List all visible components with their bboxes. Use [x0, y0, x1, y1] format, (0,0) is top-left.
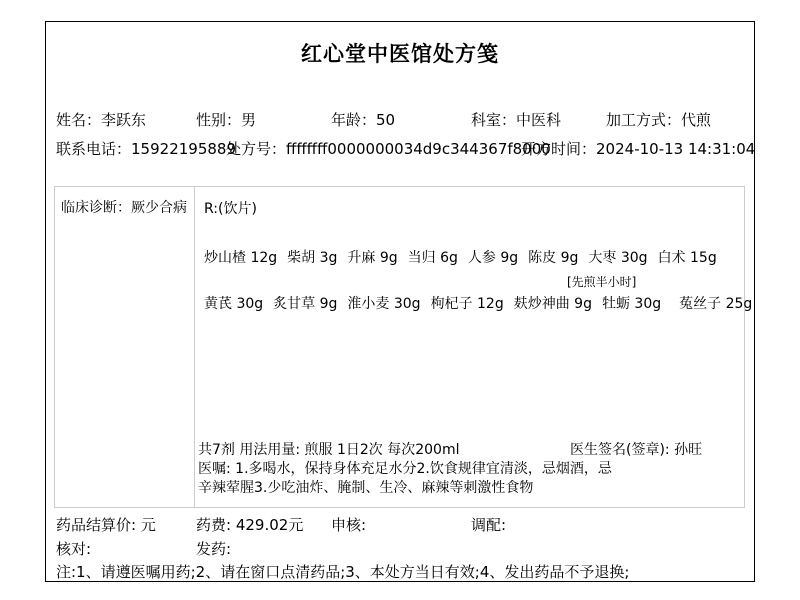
medical-advice-line-2: 辛辣荤腥3.少吃油炸、腌制、生冷、麻辣等刺激性食物	[198, 477, 533, 497]
herb-item: 大枣 30g	[588, 250, 647, 266]
doctor-signature-label: 医生签名(签章):	[570, 442, 674, 458]
herb-item: 菟丝子 25g	[679, 296, 752, 312]
decoction-annotation: [先煎半小时]	[567, 273, 636, 290]
field-medicine-fee: 药费: 429.02元	[196, 514, 303, 535]
dosage-line: 共7剂 用法用量: 煎服 1日2次 每次200ml	[198, 439, 460, 459]
medical-advice-line-1: 医嘱: 1.多喝水，保持身体充足水分2.饮食规律宜清淡，忌烟酒，忌	[198, 458, 612, 478]
patient-name-label: 姓名：	[56, 111, 101, 129]
herb-item: 白术 15g	[658, 250, 717, 266]
field-processing-method: 加工方式：代煎	[606, 109, 711, 130]
field-issue-medicine: 发药:	[196, 538, 231, 559]
herb-item: 黄芪 30g	[204, 296, 263, 312]
settle-price-value: 元	[141, 516, 156, 534]
herb-item: 炙甘草 9g	[273, 296, 337, 312]
field-dispense: 调配:	[471, 514, 506, 535]
medicine-fee-label: 药费:	[196, 516, 231, 534]
page-title: 红心堂中医馆处方笺	[46, 38, 754, 68]
herb-item: 升麻 9g	[347, 250, 397, 266]
diagnosis-cell: 临床诊断：厥少合病	[55, 187, 195, 507]
diagnosis-value: 厥少合病	[131, 200, 187, 216]
check-label: 核对:	[56, 540, 91, 558]
dispense-label: 调配:	[471, 516, 506, 534]
herb-item: 炒山楂 12g	[204, 250, 277, 266]
field-issue-time: 开方时间：2024-10-13 14:31:04	[521, 138, 755, 159]
herbs-line-1: 炒山楂 12g柴胡 3g升麻 9g当归 6g人参 9g陈皮 9g大枣 30g白术…	[204, 247, 727, 267]
phone-label: 联系电话：	[56, 140, 131, 158]
doctor-signature: 医生签名(签章): 孙旺	[570, 439, 702, 459]
processing-label: 加工方式：	[606, 111, 681, 129]
gender-value: 男	[241, 111, 256, 129]
processing-value: 代煎	[681, 111, 711, 129]
field-patient-name: 姓名：李跃东	[56, 109, 146, 130]
herb-item: 当归 6g	[408, 250, 458, 266]
age-value: 50	[376, 111, 395, 129]
diagnosis-label: 临床诊断：	[61, 200, 131, 216]
herb-item: 淮小麦 30g	[347, 296, 420, 312]
herbs-line-2: 黄芪 30g炙甘草 9g淮小麦 30g枸杞子 12g麸炒神曲 9g牡蛎 30g菟…	[204, 293, 762, 313]
rp-header: R:(饮片)	[204, 198, 257, 218]
rx-number-label: 处方号：	[226, 140, 286, 158]
footer-note: 注:1、请遵医嘱用药;2、请在窗口点清药品;3、本处方当日有效;4、发出药品不予…	[56, 561, 629, 582]
gender-label: 性别：	[196, 111, 241, 129]
department-value: 中医科	[516, 111, 561, 129]
herb-item: 柴胡 3g	[287, 250, 337, 266]
field-age: 年龄：50	[331, 109, 395, 130]
rx-number-value: ffffffff0000000034d9c344367f8000	[286, 140, 551, 158]
field-check: 核对:	[56, 538, 91, 559]
patient-name-value: 李跃东	[101, 111, 146, 129]
herb-item: 陈皮 9g	[528, 250, 578, 266]
phone-value: 15922195889	[131, 140, 236, 158]
issue-time-label: 开方时间：	[521, 140, 596, 158]
field-phone: 联系电话：15922195889	[56, 138, 236, 159]
age-label: 年龄：	[331, 111, 376, 129]
herb-item: 枸杞子 12g	[431, 296, 504, 312]
medicine-fee-value: 429.02元	[236, 516, 304, 534]
herb-item: 人参 9g	[468, 250, 518, 266]
field-settle-price: 药品结算价: 元	[56, 514, 156, 535]
settle-price-label: 药品结算价:	[56, 516, 136, 534]
prescription-sheet: 红心堂中医馆处方笺 姓名：李跃东 性别：男 年龄：50 科室：中医科 加工方式：…	[45, 21, 755, 582]
field-rx-number: 处方号：ffffffff0000000034d9c344367f8000	[226, 138, 551, 159]
issue-time-value: 2024-10-13 14:31:04	[596, 140, 755, 158]
doctor-name: 孙旺	[674, 442, 702, 458]
review-label: 申核:	[331, 516, 366, 534]
herb-item: 麸炒神曲 9g	[514, 296, 592, 312]
department-label: 科室：	[471, 111, 516, 129]
prescription-table: 临床诊断：厥少合病 R:(饮片) 炒山楂 12g柴胡 3g升麻 9g当归 6g人…	[54, 186, 745, 508]
field-gender: 性别：男	[196, 109, 256, 130]
field-review: 申核:	[331, 514, 366, 535]
herb-item: 牡蛎 30g	[602, 296, 661, 312]
issue-medicine-label: 发药:	[196, 540, 231, 558]
field-department: 科室：中医科	[471, 109, 561, 130]
rx-cell: R:(饮片) 炒山楂 12g柴胡 3g升麻 9g当归 6g人参 9g陈皮 9g大…	[196, 187, 744, 507]
